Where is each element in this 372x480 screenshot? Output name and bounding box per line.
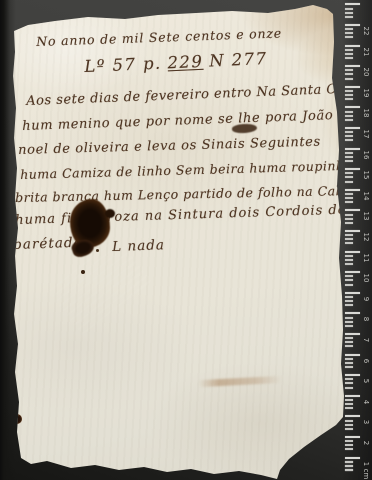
ruler-tick xyxy=(345,424,353,426)
ruler-tick xyxy=(345,115,353,117)
ruler-tick xyxy=(345,152,353,154)
handwritten-line: hum menino que por nome se lhe pora João… xyxy=(22,107,360,134)
ruler-tick xyxy=(345,3,360,5)
ruler-number: 18 xyxy=(361,108,371,118)
ruler-number: 16 xyxy=(361,150,371,160)
ruler-tick xyxy=(345,172,353,174)
ruler-number: 9 xyxy=(361,294,371,304)
ruler-tick xyxy=(345,135,353,137)
ruler-tick xyxy=(345,420,353,422)
ruler-tick xyxy=(345,156,353,158)
ruler-tick xyxy=(345,24,360,26)
ruler-tick xyxy=(345,382,353,384)
ruler-tick xyxy=(345,345,353,347)
ruler-tick xyxy=(345,78,353,80)
handwritten-line: noel de oliveira e leva os Sinais Seguin… xyxy=(18,135,321,158)
handwritten-line: huma Camiza de linho Sem beira huma roup… xyxy=(20,157,372,182)
handwritten-reference-line: Lº 57 p.229N 277 xyxy=(84,49,274,76)
ink-blot-large xyxy=(70,199,110,248)
ruler-number: 17 xyxy=(361,129,371,139)
ruler-number: 13 xyxy=(361,211,371,221)
ruler-tick xyxy=(345,36,353,38)
ruler-tick xyxy=(345,111,353,113)
ruler-tick xyxy=(345,374,360,376)
ruler-tick xyxy=(345,251,360,253)
ruler-tick xyxy=(345,49,353,51)
handwritten-line: brita branca hum Lenço partido de folho … xyxy=(15,183,368,205)
ruler-tick xyxy=(345,189,360,191)
ruler-number: 15 xyxy=(361,170,371,180)
ruler-tick xyxy=(345,271,360,273)
ruler-tick xyxy=(345,362,353,364)
ruler-tick xyxy=(345,407,353,409)
ruler-number: 2 xyxy=(361,438,371,448)
ruler-tick xyxy=(345,263,353,265)
ruler-number: 14 xyxy=(361,191,371,201)
ruler-tick xyxy=(345,94,353,96)
ruler-tick xyxy=(345,317,353,319)
ruler-number: 20 xyxy=(361,67,371,77)
ruler-unit-label: cm xyxy=(361,468,371,480)
ref-page-label: 229 xyxy=(167,52,203,73)
ruler-tick xyxy=(345,69,353,71)
ruler-number: 22 xyxy=(361,26,371,36)
ruler-tick xyxy=(345,73,353,75)
ruler-tick xyxy=(345,28,353,30)
ruler-tick xyxy=(345,222,353,224)
ruler-tick xyxy=(345,160,353,162)
ruler-tick xyxy=(345,457,360,459)
ruler-tick xyxy=(345,465,353,467)
photo-stage: No anno de mil Sete centos e onze Lº 57 … xyxy=(0,0,372,480)
ruler-scale: cm 22212019181716151413121110987654321 xyxy=(342,0,372,480)
ruler-number: 3 xyxy=(361,417,371,427)
ruler-tick xyxy=(345,333,360,335)
ruler-number: 21 xyxy=(361,47,371,57)
ruler-tick xyxy=(345,284,353,286)
ruler-tick xyxy=(345,12,353,14)
ruler-tick xyxy=(345,403,353,405)
ruler-tick xyxy=(345,321,353,323)
ruler-tick xyxy=(345,214,353,216)
ruler-tick xyxy=(345,234,353,236)
handwritten-line-year: No anno de mil Sete centos e onze xyxy=(36,25,282,49)
ruler-tick xyxy=(345,255,353,257)
ruler-tick xyxy=(345,428,353,430)
ink-scribble xyxy=(232,123,258,134)
ruler-tick xyxy=(345,148,360,150)
ruler-tick xyxy=(345,168,360,170)
ref-number-label: N 277 xyxy=(209,49,268,71)
ruler-tick xyxy=(345,193,353,195)
ruler-number: 8 xyxy=(361,314,371,324)
ruler-tick xyxy=(345,106,360,108)
ruler-tick xyxy=(345,461,353,463)
ruler-tick xyxy=(345,275,353,277)
ruler-tick xyxy=(345,32,353,34)
ruler-number: 7 xyxy=(361,335,371,345)
ruler-tick xyxy=(345,312,360,314)
ink-spot xyxy=(12,414,22,424)
ruler-tick xyxy=(345,57,353,59)
ruler-tick xyxy=(345,98,353,100)
ruler-tick xyxy=(345,415,360,417)
ruler-tick xyxy=(345,366,353,368)
ruler-tick xyxy=(345,16,353,18)
ruler-tick xyxy=(345,292,360,294)
ruler-tick xyxy=(345,436,360,438)
ruler-number: 5 xyxy=(361,376,371,386)
ink-spot-small xyxy=(81,270,85,274)
ruler-tick xyxy=(345,65,360,67)
ref-book-label: Lº 57 p. xyxy=(84,54,162,76)
ruler-number: 11 xyxy=(361,253,371,263)
ruler-tick xyxy=(345,242,353,244)
ruler-number: 10 xyxy=(361,273,371,283)
ruler-tick xyxy=(345,53,353,55)
ruler-tick xyxy=(345,139,353,141)
ruler-tick xyxy=(345,127,360,129)
ruler-number: 6 xyxy=(361,356,371,366)
ruler-tick xyxy=(345,304,353,306)
ruler-tick xyxy=(345,296,353,298)
ruler-tick xyxy=(345,230,360,232)
ruler-tick xyxy=(345,300,353,302)
ruler-tick xyxy=(345,131,353,133)
ruler-tick xyxy=(345,341,353,343)
ink-spot-small xyxy=(96,249,99,252)
manuscript-page: No anno de mil Sete centos e onze Lº 57 … xyxy=(0,0,372,480)
ruler-tick xyxy=(345,218,353,220)
ruler-tick xyxy=(345,279,353,281)
ruler-tick xyxy=(345,197,353,199)
ruler-tick xyxy=(345,378,353,380)
ruler-tick xyxy=(345,201,353,203)
ruler-tick xyxy=(345,90,353,92)
ruler-tick xyxy=(345,176,353,178)
handwritten-line: Aos sete dias de fevereiro entro Na Sant… xyxy=(26,81,361,109)
ruler-tick xyxy=(345,395,360,397)
ruler-number: 4 xyxy=(361,397,371,407)
stain-smudge xyxy=(198,376,282,387)
ruler-tick xyxy=(345,444,353,446)
ruler-number: 12 xyxy=(361,232,371,242)
ruler-tick xyxy=(345,325,353,327)
ruler-tick xyxy=(345,259,353,261)
ruler-tick xyxy=(345,358,353,360)
ruler-tick xyxy=(345,181,353,183)
ruler-tick xyxy=(345,469,353,471)
ruler-tick xyxy=(345,209,360,211)
ruler-tick xyxy=(345,45,360,47)
ruler-number: 19 xyxy=(361,88,371,98)
ruler-tick xyxy=(345,387,353,389)
ruler-tick xyxy=(345,399,353,401)
ruler-tick xyxy=(345,354,360,356)
ruler-tick xyxy=(345,86,360,88)
ruler-tick xyxy=(345,448,353,450)
ruler-tick xyxy=(345,440,353,442)
ruler-tick xyxy=(345,238,353,240)
ruler-tick xyxy=(345,119,353,121)
ruler-tick xyxy=(345,8,353,10)
ruler-tick xyxy=(345,337,353,339)
handwritten-line: huma fita teroza na Sintura dois Cordois… xyxy=(15,203,347,228)
